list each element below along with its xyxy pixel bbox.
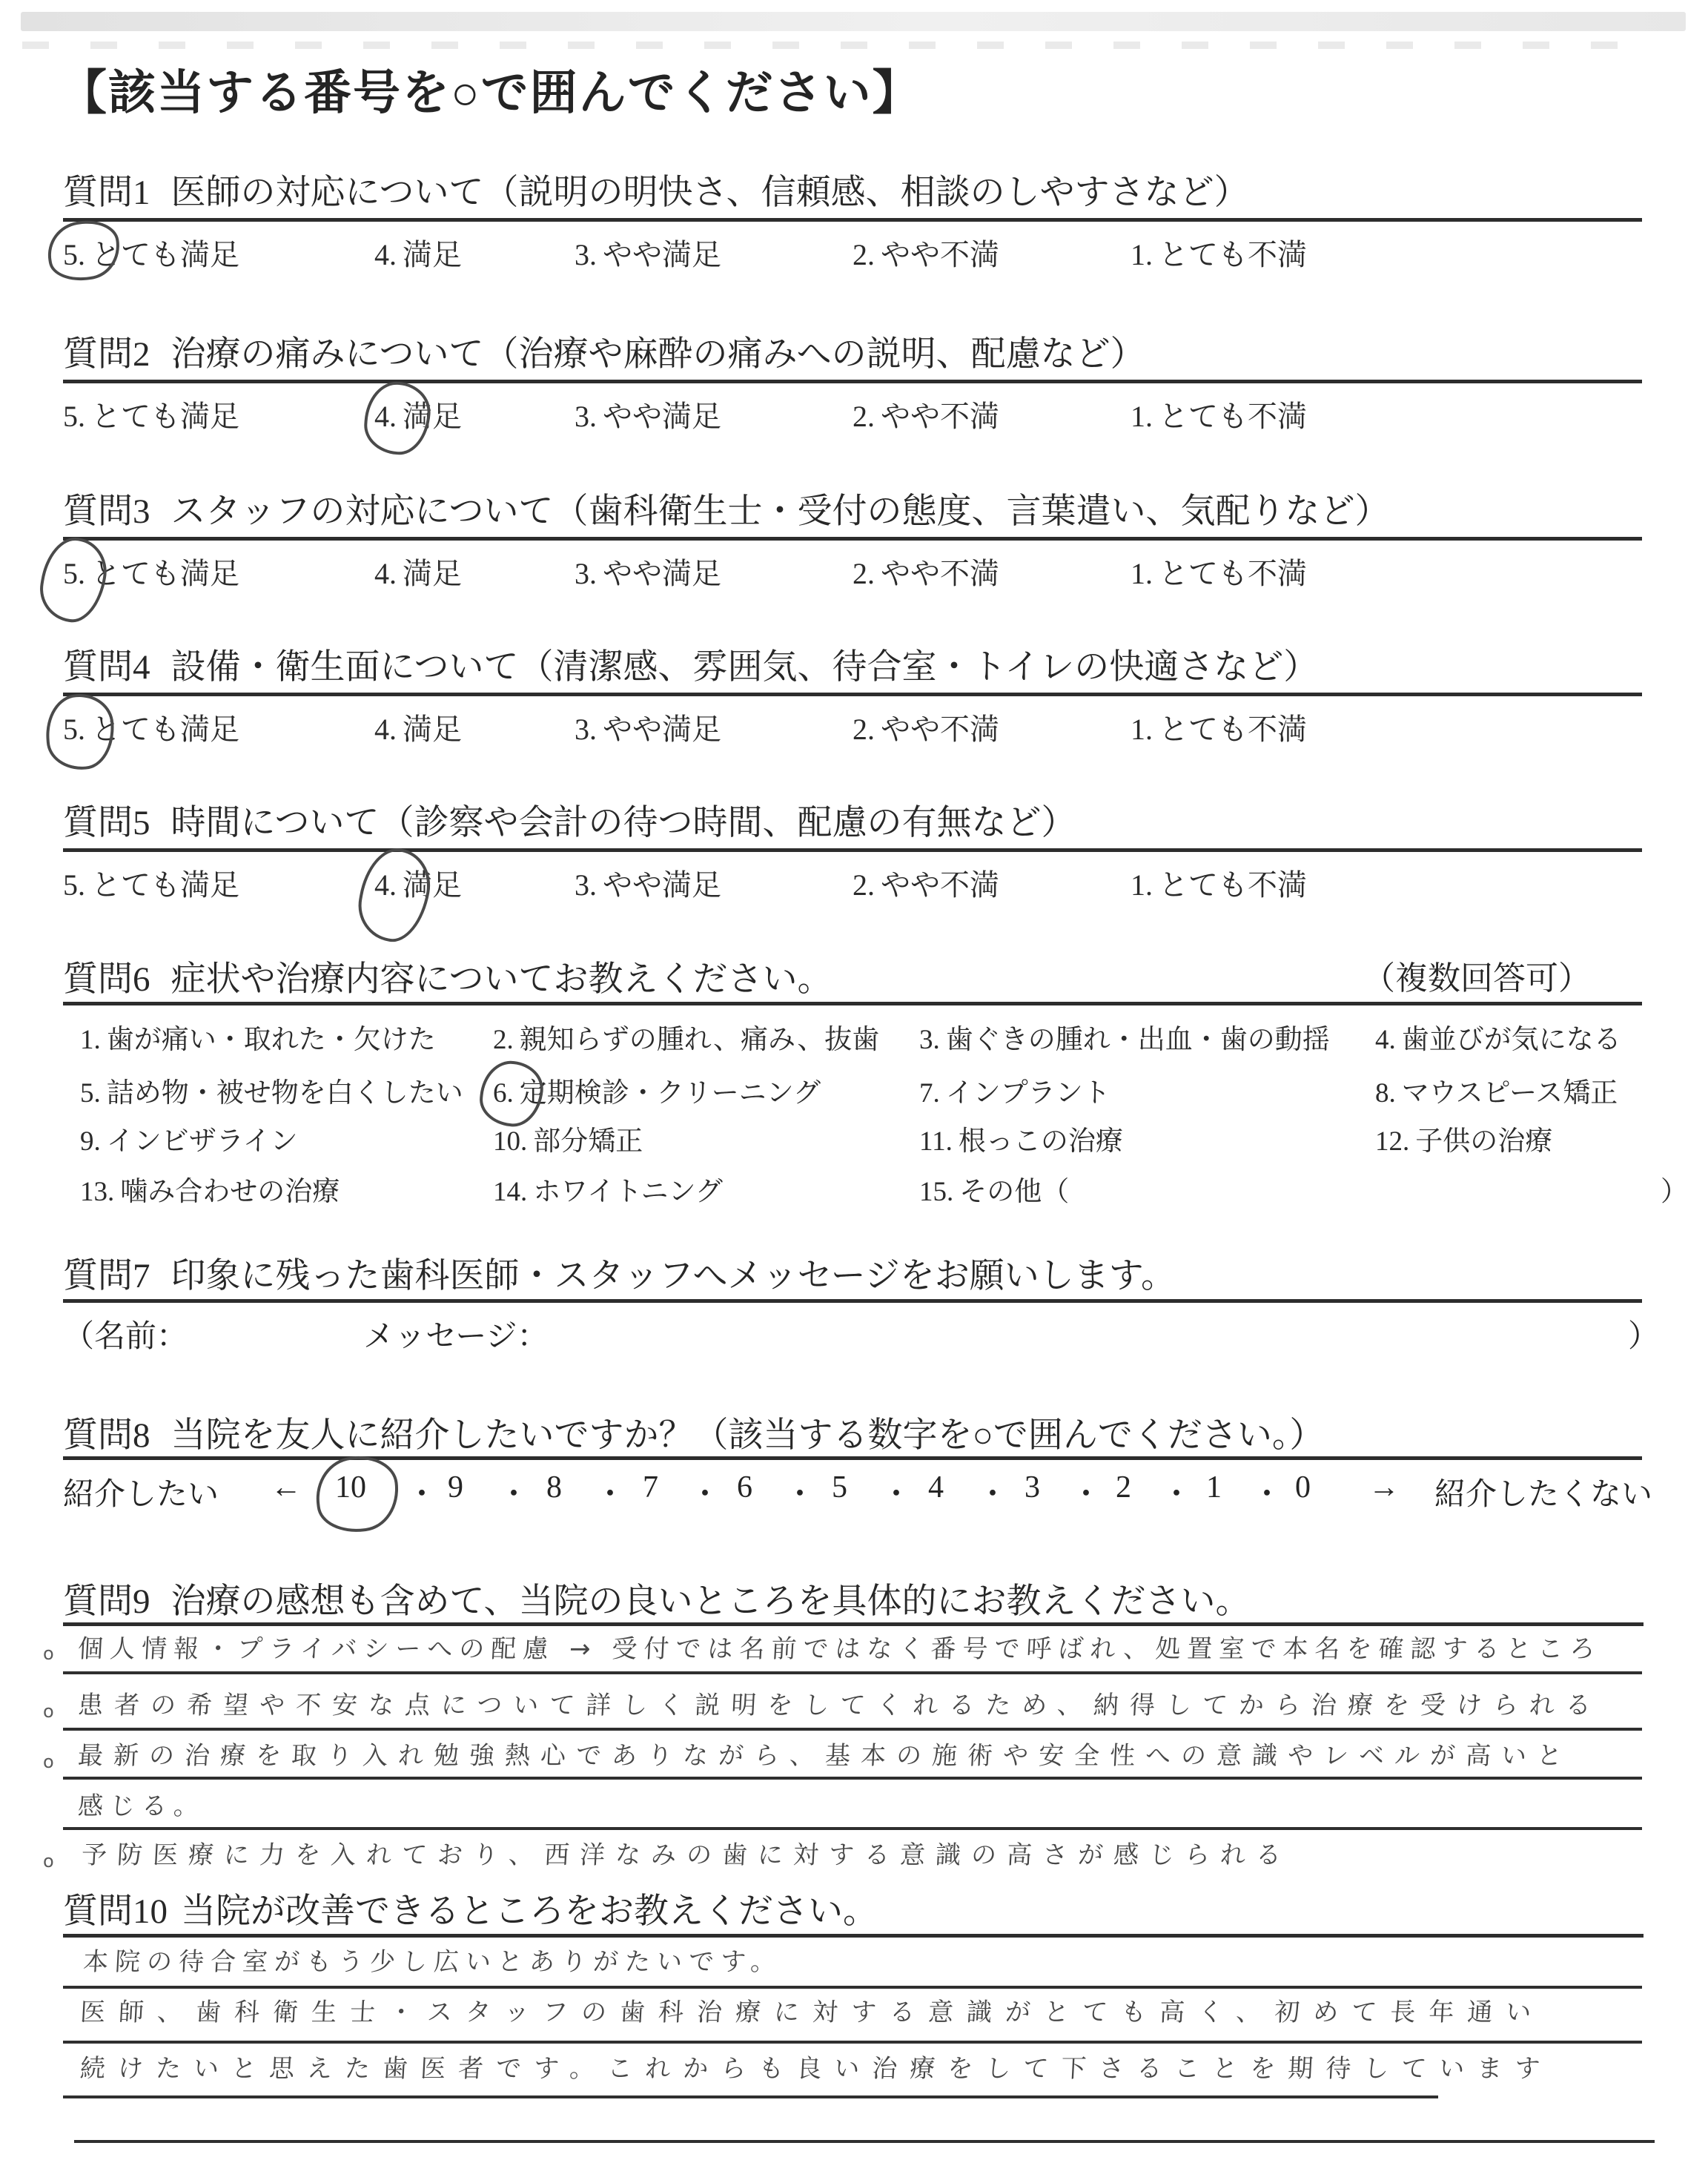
q6-option-11: 11.根っこの治療 (919, 1118, 1123, 1158)
q8-number-6: 6 (737, 1470, 752, 1505)
q5-option-2: 2.やや不満 (853, 862, 999, 904)
q6-option-12: 12.子供の治療 (1375, 1118, 1552, 1158)
page-title: 【該当する番号を○で囲んでください】 (59, 55, 921, 123)
question-3-label: 質問3 (63, 492, 150, 531)
option-number: 2. (853, 868, 875, 902)
question-5-label: 質問5 (63, 804, 150, 842)
q1-option-3: 3.やや満足 (575, 231, 721, 274)
q2-selected-circle (363, 380, 433, 457)
q6-option-9: 9.インビザライン (80, 1118, 298, 1158)
option-label: マウスピース矯正 (1402, 1078, 1618, 1109)
handwritten-bullet: o (43, 1851, 54, 1872)
q8-dot: ・ (595, 1470, 626, 1514)
option-label: とても不満 (1159, 400, 1307, 433)
option-number: 4. (374, 238, 397, 271)
answer-line (74, 2140, 1655, 2143)
question-4-label: 質問4 (63, 648, 150, 687)
q4-option-4: 4.満足 (374, 706, 462, 748)
q10-handwritten-answer-3: 続けたいと思えた歯医者です。これからも良い治療をして下さることを期待しています (79, 2054, 1553, 2084)
q5-option-5: 5.とても満足 (63, 862, 239, 904)
q8-dot: ・ (1070, 1470, 1102, 1514)
option-label: やや満足 (603, 400, 721, 433)
divider (63, 1622, 1644, 1626)
option-label: インビザライン (107, 1126, 298, 1157)
option-label: 親知らずの腫れ、痛み、抜歯 (520, 1025, 879, 1055)
q3-selected-circle (36, 533, 112, 627)
question-3-heading: 質問3スタッフの対応について（歯科衛生士・受付の態度、言葉遣い、気配りなど） (63, 483, 1390, 533)
q6-option-3: 3.歯ぐきの腫れ・出血・歯の動揺 (919, 1017, 1330, 1057)
question-8-title: 当院を友人に紹介したいですか？（該当する数字を○で囲んでください。） (171, 1416, 1325, 1455)
option-number: 3. (575, 400, 597, 433)
option-number: 5. (80, 1078, 101, 1109)
option-number: 10. (493, 1126, 527, 1157)
question-10-label: 質問10 (63, 1892, 168, 1931)
option-number: 3. (575, 713, 597, 746)
q8-number-5: 5 (832, 1470, 847, 1505)
answer-line (63, 1986, 1642, 1989)
option-number: 2. (493, 1025, 514, 1055)
option-label: とても不満 (1159, 868, 1307, 902)
q1-selected-circle (43, 216, 124, 285)
handwritten-bullet: o (43, 1751, 54, 1772)
q2-option-3: 3.やや満足 (575, 393, 721, 435)
q8-number-3: 3 (1025, 1470, 1040, 1505)
q5-option-1: 1.とても不満 (1131, 862, 1307, 904)
q8-right-arrow-icon: → (1368, 1470, 1400, 1505)
option-label: やや不満 (881, 400, 999, 433)
q4-selected-circle (44, 692, 117, 772)
option-label: やや満足 (603, 868, 721, 902)
divider (63, 1002, 1642, 1005)
q8-dot: ・ (1161, 1470, 1192, 1514)
q1-option-1: 1.とても不満 (1131, 231, 1307, 274)
question-7-title: 印象に残った歯科医師・スタッフへメッセージをお願いします。 (171, 1257, 1176, 1295)
option-label: やや満足 (603, 557, 721, 590)
option-label: とても不満 (1159, 238, 1307, 271)
q3-option-1: 1.とても不満 (1131, 550, 1307, 592)
q7-close-paren: ） (1628, 1312, 1659, 1356)
option-label: やや満足 (603, 713, 721, 746)
scan-artifact-dashes (22, 42, 1638, 49)
option-number: 1. (1131, 868, 1153, 902)
answer-line (63, 1671, 1642, 1674)
option-label: やや不満 (881, 238, 999, 271)
option-label: とても満足 (91, 557, 239, 590)
q8-number-0: 0 (1295, 1470, 1311, 1505)
q4-option-2: 2.やや不満 (853, 706, 999, 748)
q8-dot: ・ (784, 1470, 815, 1514)
answer-line (63, 1777, 1642, 1780)
q3-option-2: 2.やや不満 (853, 550, 999, 592)
q1-option-4: 4.満足 (374, 231, 462, 274)
option-number: 1. (80, 1025, 101, 1055)
option-label: その他（ (959, 1177, 1069, 1207)
option-label: やや不満 (881, 713, 999, 746)
option-number: 5. (63, 868, 85, 902)
option-number: 4. (1375, 1025, 1396, 1055)
q5-selected-circle (353, 843, 436, 947)
handwritten-bullet: o (43, 1643, 54, 1664)
option-number: 1. (1131, 238, 1153, 271)
q7-message-label: メッセージ： (363, 1312, 548, 1356)
option-number: 2. (853, 238, 875, 271)
option-label: とても不満 (1159, 713, 1307, 746)
option-label: とても満足 (91, 400, 239, 433)
q8-number-4: 4 (928, 1470, 944, 1505)
q9-handwritten-answer-3-continued: 感じる。 (77, 1791, 206, 1822)
q9-handwritten-answer-2: 患者の希望や不安な点について詳しく説明をしてくれるため、納得してから治療を受けら… (77, 1691, 1603, 1721)
q3-option-4: 4.満足 (374, 550, 462, 592)
divider (63, 693, 1642, 696)
option-label: 歯ぐきの腫れ・出血・歯の動揺 (946, 1025, 1330, 1055)
q6-option-15-close-paren: ） (1661, 1169, 1688, 1209)
question-5-title: 時間について（診察や会計の待つ時間、配慮の有無など） (171, 804, 1076, 842)
option-number: 14. (493, 1177, 527, 1207)
q8-number-9: 9 (448, 1470, 463, 1505)
question-7-heading: 質問7印象に残った歯科医師・スタッフへメッセージをお願いします。 (63, 1248, 1176, 1298)
q9-handwritten-answer-1: 個人情報・プライバシーへの配慮 → 受付では名前ではなく番号で呼ばれ、処置室で本… (77, 1634, 1603, 1665)
q10-handwritten-answer-2: 医師、歯科衛生士・スタッフの歯科治療に対する意識がとても高く、初めて長年通い (79, 1998, 1545, 2028)
answer-line (63, 1827, 1642, 1830)
option-number: 11. (919, 1126, 953, 1157)
question-1-label: 質問1 (63, 174, 150, 212)
q6-option-8: 8.マウスピース矯正 (1375, 1070, 1618, 1110)
option-number: 3. (575, 238, 597, 271)
question-8-label: 質問8 (63, 1416, 150, 1455)
option-number: 4. (374, 713, 397, 746)
q2-option-2: 2.やや不満 (853, 393, 999, 435)
option-label: とても不満 (1159, 557, 1307, 590)
handwritten-bullet: o (43, 1701, 54, 1722)
option-label: 根っこの治療 (959, 1126, 1123, 1157)
divider (63, 848, 1642, 852)
option-label: やや不満 (881, 868, 999, 902)
option-number: 2. (853, 713, 875, 746)
option-label: やや不満 (881, 557, 999, 590)
option-label: とても満足 (91, 868, 239, 902)
answer-line (63, 1728, 1642, 1731)
option-label: 詰め物・被せ物を白くしたい (107, 1078, 463, 1109)
q6-multi-answer-note: （複数回答可） (1363, 951, 1591, 999)
divider (63, 537, 1642, 541)
q10-handwritten-answer-1: 本院の待合室がもう少し広いとありがたいです。 (82, 1947, 783, 1978)
option-number: 13. (80, 1177, 114, 1207)
question-5-heading: 質問5時間について（診察や会計の待つ時間、配慮の有無など） (63, 795, 1076, 845)
question-7-label: 質問7 (63, 1257, 150, 1295)
option-label: 子供の治療 (1415, 1126, 1552, 1157)
scan-artifact-band (21, 12, 1686, 31)
answer-line (63, 2095, 1438, 2098)
q6-option-2: 2.親知らずの腫れ、痛み、抜歯 (493, 1017, 879, 1057)
option-number: 3. (575, 868, 597, 902)
question-4-title: 設備・衛生面について（清潔感、雰囲気、待合室・トイレの快適さなど） (171, 648, 1319, 687)
q8-dot: ・ (1251, 1470, 1282, 1514)
q8-left-label: 紹介したい (63, 1470, 219, 1514)
question-3-title: スタッフの対応について（歯科衛生士・受付の態度、言葉遣い、気配りなど） (171, 492, 1390, 531)
option-label: 噛み合わせの治療 (120, 1177, 340, 1207)
q8-dot: ・ (498, 1470, 529, 1514)
q6-option-14: 14.ホワイトニング (493, 1169, 723, 1209)
q6-option-7: 7.インプラント (919, 1070, 1110, 1110)
question-2-heading: 質問2治療の痛みについて（治療や麻酔の痛みへの説明、配慮など） (63, 326, 1145, 376)
q9-handwritten-answer-3: 最新の治療を取り入れ勉強熱心でありながら、基本の施術や安全性への意識やレベルが高… (77, 1741, 1573, 1771)
option-label: 歯が痛い・取れた・欠けた (107, 1025, 436, 1055)
question-10-title: 当院が改善できるところをお教えください。 (181, 1892, 878, 1931)
option-number: 15. (919, 1177, 953, 1207)
q8-dot: ・ (406, 1470, 437, 1514)
option-number: 1. (1131, 557, 1153, 590)
q8-number-1: 1 (1206, 1470, 1222, 1505)
option-label: インプラント (946, 1078, 1110, 1109)
q4-option-3: 3.やや満足 (575, 706, 721, 748)
divider (63, 380, 1642, 383)
question-9-heading: 質問9治療の感想も含めて、当院の良いところを具体的にお教えください。 (63, 1573, 1251, 1623)
q2-option-5: 5.とても満足 (63, 393, 239, 435)
question-2-label: 質問2 (63, 335, 150, 374)
question-9-label: 質問9 (63, 1582, 150, 1621)
question-6-heading: 質問6症状や治療内容についてお教えください。 (63, 951, 833, 1001)
answer-line (63, 2041, 1642, 2044)
q8-selected-circle (311, 1452, 403, 1537)
option-number: 3. (575, 557, 597, 590)
divider (63, 1456, 1642, 1460)
option-number: 1. (1131, 400, 1153, 433)
option-label: ホワイトニング (533, 1177, 723, 1207)
q5-option-3: 3.やや満足 (575, 862, 721, 904)
question-2-title: 治療の痛みについて（治療や麻酔の痛みへの説明、配慮など） (171, 335, 1145, 374)
divider (63, 218, 1642, 222)
divider (63, 1934, 1644, 1938)
q1-option-2: 2.やや不満 (853, 231, 999, 274)
option-label: 満足 (403, 557, 462, 590)
option-number: 3. (919, 1025, 940, 1055)
option-number: 7. (919, 1078, 940, 1109)
q3-option-3: 3.やや満足 (575, 550, 721, 592)
q9-handwritten-answer-4: 予防医療に力を入れており、西洋なみの歯に対する意識の高さが感じられる (81, 1840, 1292, 1871)
q8-right-label: 紹介したくない (1434, 1470, 1652, 1514)
q6-option-15: 15.その他（ (919, 1169, 1069, 1209)
question-4-heading: 質問4設備・衛生面について（清潔感、雰囲気、待合室・トイレの快適さなど） (63, 639, 1318, 689)
q6-option-4: 4.歯並びが気になる (1375, 1017, 1621, 1057)
question-1-heading: 質問1医師の対応について（説明の明快さ、信頼感、相談のしやすさなど） (63, 165, 1249, 214)
q8-number-7: 7 (643, 1470, 658, 1505)
option-number: 5. (63, 400, 85, 433)
option-number: 2. (853, 400, 875, 433)
survey-scan-page: 【該当する番号を○で囲んでください】 質問1医師の対応について（説明の明快さ、信… (0, 0, 1708, 2160)
q8-number-8: 8 (546, 1470, 562, 1505)
option-label: 定期検診・クリーニング (520, 1078, 821, 1109)
q8-dot: ・ (881, 1470, 912, 1514)
option-label: 満足 (403, 713, 462, 746)
question-1-title: 医師の対応について（説明の明快さ、信頼感、相談のしやすさなど） (171, 174, 1249, 212)
q4-option-1: 1.とても不満 (1131, 706, 1307, 748)
option-label: やや満足 (603, 238, 721, 271)
q8-dot: ・ (977, 1470, 1008, 1514)
option-number: 2. (853, 557, 875, 590)
q6-option-5: 5.詰め物・被せ物を白くしたい (80, 1070, 463, 1110)
option-label: 満足 (403, 238, 462, 271)
q2-option-1: 1.とても不満 (1131, 393, 1307, 435)
option-label: 部分矯正 (533, 1126, 643, 1157)
q6-option-1: 1.歯が痛い・取れた・欠けた (80, 1017, 436, 1057)
question-10-heading: 質問10当院が改善できるところをお教えください。 (63, 1883, 878, 1933)
option-number: 8. (1375, 1078, 1396, 1109)
question-9-title: 治療の感想も含めて、当院の良いところを具体的にお教えください。 (171, 1582, 1251, 1621)
q8-number-2: 2 (1116, 1470, 1131, 1505)
option-number: 4. (374, 557, 397, 590)
q8-dot: ・ (689, 1470, 721, 1514)
q7-name-label: （名前： (63, 1312, 188, 1356)
q6-option-13: 13.噛み合わせの治療 (80, 1169, 340, 1209)
option-label: 歯並びが気になる (1402, 1025, 1621, 1055)
option-number: 1. (1131, 713, 1153, 746)
question-6-title: 症状や治療内容についてお教えください。 (171, 960, 833, 999)
question-8-heading: 質問8当院を友人に紹介したいですか？（該当する数字を○で囲んでください。） (63, 1407, 1324, 1457)
option-number: 9. (80, 1126, 101, 1157)
question-6-label: 質問6 (63, 960, 150, 999)
option-number: 12. (1375, 1126, 1409, 1157)
divider (63, 1299, 1642, 1303)
q8-left-arrow-icon: ← (271, 1470, 302, 1505)
